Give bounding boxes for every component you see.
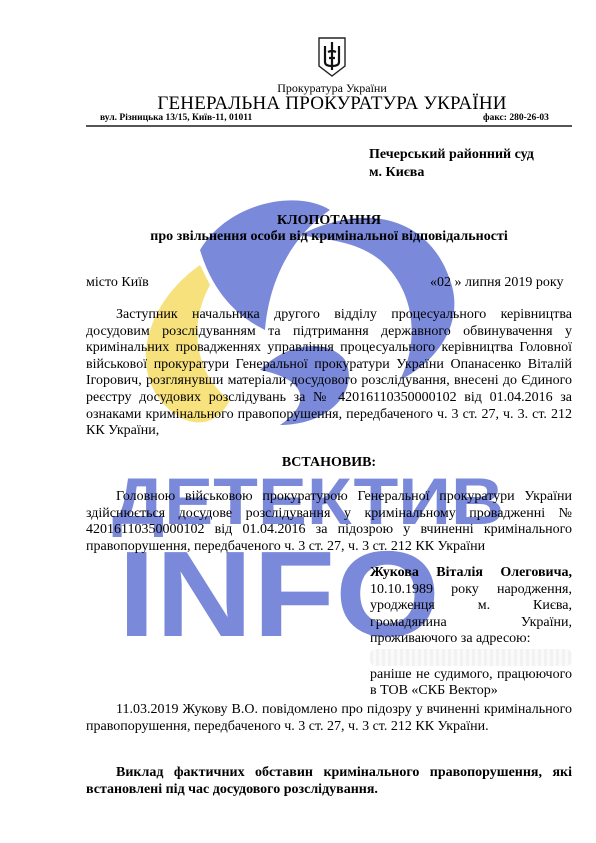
document-page: Прокуратура України ГЕНЕРАЛЬНА ПРОКУРАТУ… xyxy=(0,0,596,843)
recipient-city: м. Києва xyxy=(369,164,534,182)
document-title: КЛОПОТАННЯ xyxy=(86,213,572,229)
org-address: вул. Різницька 13/15, Київ-11, 01011 xyxy=(100,113,252,123)
suspect-status: раніше не судимого, працюючого в ТОВ «СК… xyxy=(370,667,572,700)
recipient-court: Печерський районний суд xyxy=(369,146,534,164)
document-subtitle: про звільнення особи від кримінальної ві… xyxy=(86,229,572,245)
recipient-block: Печерський районний суд м. Києва xyxy=(369,146,534,182)
paragraph-intro: Заступник начальника другого відділу про… xyxy=(86,307,572,440)
paragraph-established: Головною військовою прокуратурою Генерал… xyxy=(86,489,572,555)
header-divider xyxy=(86,125,572,127)
document-city: місто Київ xyxy=(86,275,149,291)
suspect-details: 10.10.1989 року народження, уродженця м.… xyxy=(370,582,572,648)
suspect-block: Жукова Віталія Олеговича, 10.10.1989 рок… xyxy=(370,565,572,700)
section-heading: ВСТАНОВИВ: xyxy=(86,455,572,471)
org-title: ГЕНЕРАЛЬНА ПРОКУРАТУРА УКРАЇНИ xyxy=(0,93,596,115)
suspect-name: Жукова Віталія Олеговича, xyxy=(370,565,572,582)
tryzub-coat-of-arms-icon xyxy=(317,36,347,78)
redacted-address xyxy=(370,649,572,666)
paragraph-suspicion-notice: 11.03.2019 Жукову В.О. повідомлено про п… xyxy=(86,702,572,735)
paragraph-facts-heading: Виклад фактичних обставин кримінального … xyxy=(86,765,572,798)
document-date: «02 » липня 2019 року xyxy=(430,275,564,291)
org-fax: факс: 280-26-03 xyxy=(483,113,549,123)
